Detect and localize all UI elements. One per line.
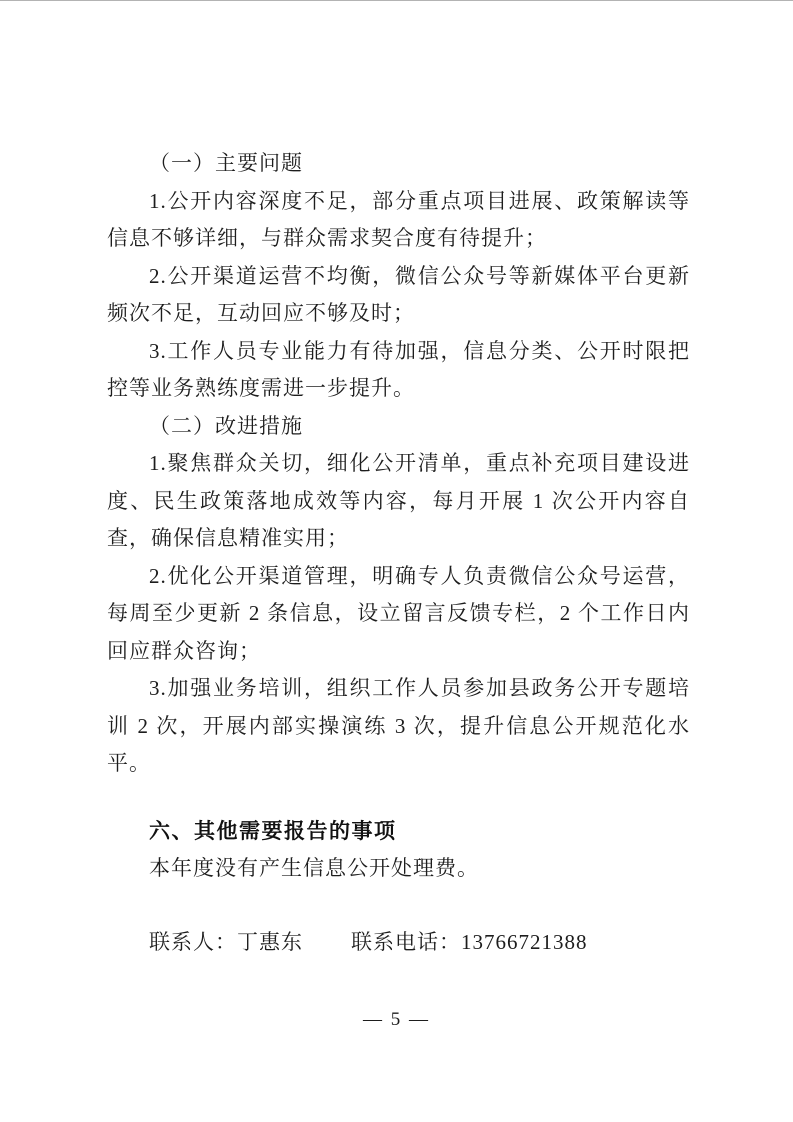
- page-number: — 5 —: [0, 1008, 793, 1032]
- body-paragraph-problem-1: 1.公开内容深度不足，部分重点项目进展、政策解读等信息不够详细，与群众需求契合度…: [107, 183, 690, 258]
- contact-person-label: 联系人：: [149, 930, 237, 954]
- contact-phone-label: 联系电话：: [351, 930, 461, 954]
- section-heading-other-matters: 六、其他需要报告的事项: [107, 813, 690, 851]
- section-paragraph-no-fees: 本年度没有产生信息公开处理费。: [107, 850, 690, 888]
- subsection-heading-main-problems: （一）主要问题: [107, 145, 690, 183]
- body-paragraph-measure-1: 1.聚焦群众关切，细化公开清单，重点补充项目建设进度、民生政策落地成效等内容，每…: [107, 445, 690, 558]
- body-paragraph-problem-2: 2.公开渠道运营不均衡，微信公众号等新媒体平台更新频次不足，互动回应不够及时；: [107, 258, 690, 333]
- body-paragraph-problem-3: 3.工作人员专业能力有待加强，信息分类、公开时限把控等业务熟练度需进一步提升。: [107, 333, 690, 408]
- contact-line: 联系人：丁惠东联系电话：13766721388: [107, 924, 690, 962]
- contact-phone-number: 13766721388: [461, 930, 588, 954]
- document-content-area: （一）主要问题 1.公开内容深度不足，部分重点项目进展、政策解读等信息不够详细，…: [107, 145, 690, 961]
- subsection-heading-improvement-measures: （二）改进措施: [107, 408, 690, 446]
- contact-person-name: 丁惠东: [237, 930, 303, 954]
- body-paragraph-measure-3: 3.加强业务培训，组织工作人员参加县政务公开专题培训 2 次，开展内部实操演练 …: [107, 670, 690, 783]
- page-top-edge-line: [0, 0, 793, 1]
- body-paragraph-measure-2: 2.优化公开渠道管理，明确专人负责微信公众号运营，每周至少更新 2 条信息，设立…: [107, 558, 690, 671]
- document-page: （一）主要问题 1.公开内容深度不足，部分重点项目进展、政策解读等信息不够详细，…: [0, 0, 793, 1122]
